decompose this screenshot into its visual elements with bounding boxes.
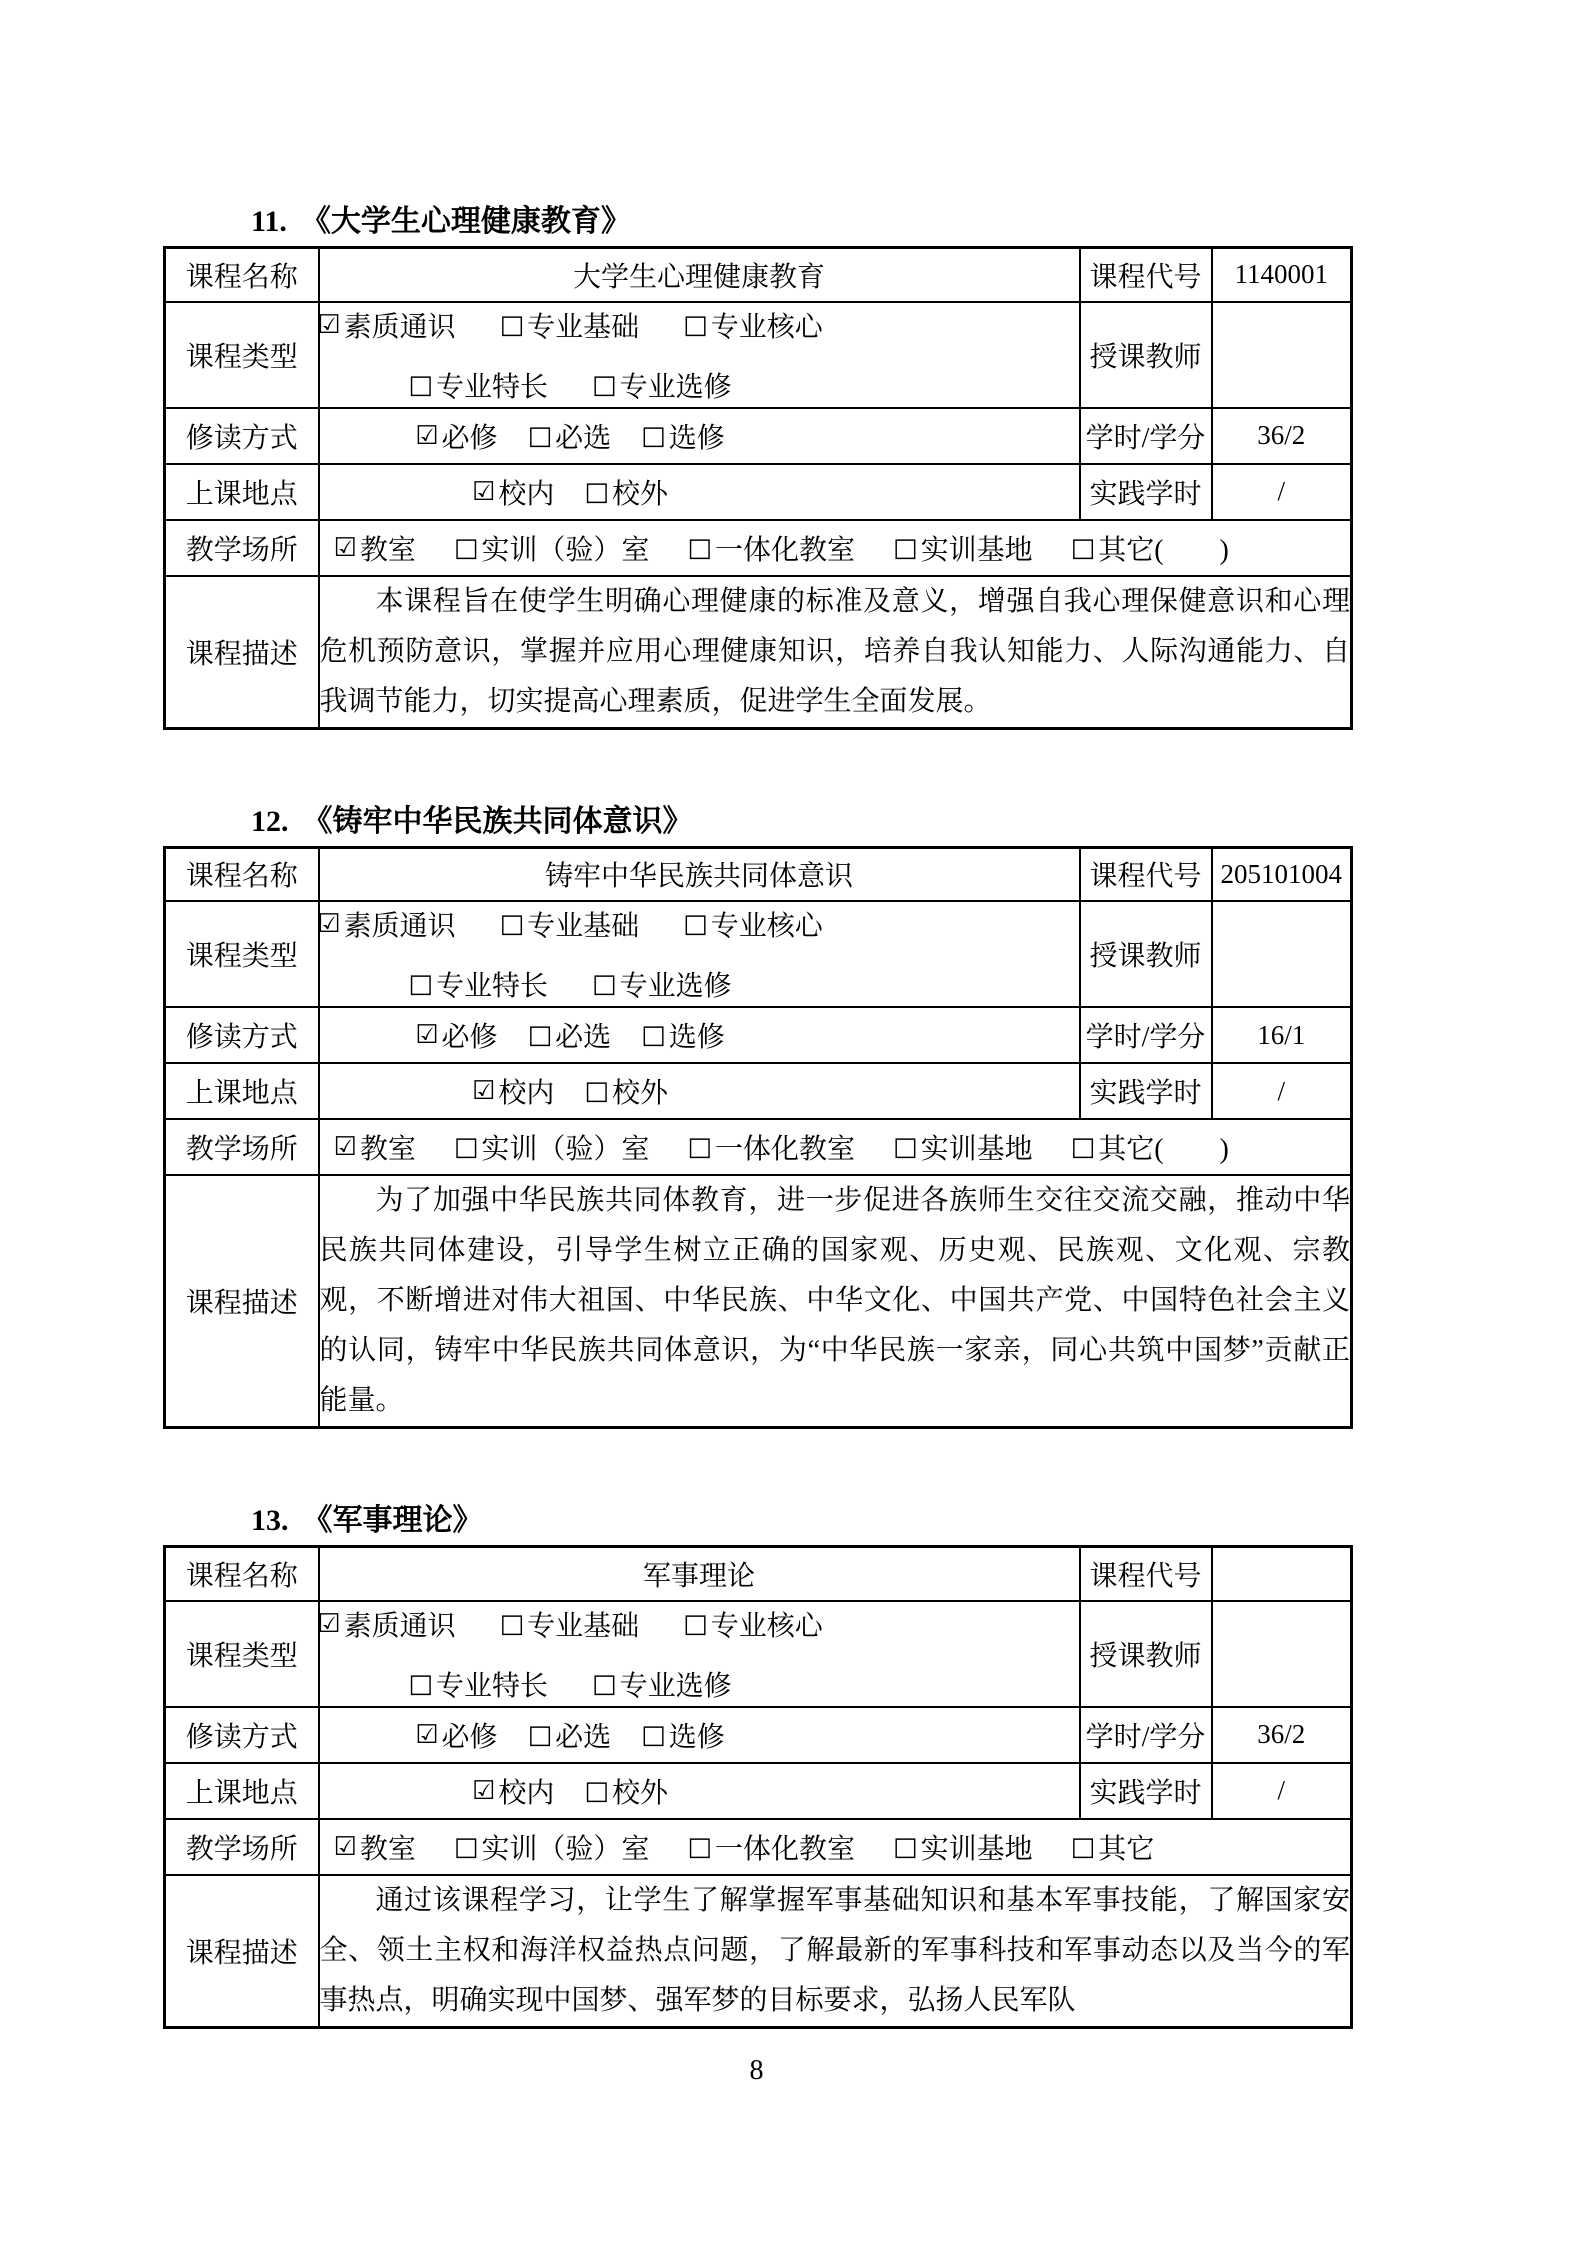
- course-description-text: 通过该课程学习，让学生了解掌握军事基础知识和基本军事技能，了解国家安全、领土主权…: [319, 1875, 1352, 2028]
- table-row-teaching-venue: 教学场所 ☑教室□实训（验）室□一体化教室□实训基地□其它( ): [165, 1119, 1352, 1175]
- checkbox-option: □必选: [528, 416, 612, 456]
- table-row-class-location: 上课地点 ☑校内□校外 实践学时 /: [165, 1063, 1352, 1119]
- course-table: 课程名称 军事理论 课程代号 课程类型 ☑素质通识□专业基础□专业核心 □专业特…: [163, 1545, 1353, 2029]
- checkbox-group: ☑校内□校外: [320, 1771, 1079, 1811]
- checkbox-unchecked-icon: □: [683, 1611, 708, 1637]
- checkbox-unchecked-icon: □: [454, 1834, 479, 1860]
- course-section: 12.《铸牢中华民族共同体意识》 课程名称 铸牢中华民族共同体意识 课程代号 2…: [163, 802, 1587, 1430]
- checkbox-unchecked-icon: □: [500, 312, 525, 338]
- checkbox-option: □专业基础: [500, 305, 640, 345]
- checkbox-option: □必选: [528, 1715, 612, 1755]
- course-code-value: 205101004: [1212, 847, 1352, 901]
- checkbox-unchecked-icon: □: [592, 372, 617, 398]
- checkbox-option: ☑素质通识: [317, 1604, 455, 1644]
- checkbox-option: □其它( ): [1071, 528, 1229, 568]
- checkbox-group: ☑校内□校外: [320, 472, 1079, 512]
- checkbox-checked-icon: ☑: [415, 1722, 438, 1748]
- section-title: 12.《铸牢中华民族共同体意识》: [251, 802, 1587, 842]
- checkbox-option: □实训（验）室: [454, 1127, 650, 1167]
- checkbox-group: □专业特长□专业选修: [320, 365, 821, 405]
- checkbox-unchecked-icon: □: [408, 1671, 433, 1697]
- checkbox-option-label: 其它: [1098, 1827, 1154, 1867]
- course-name-value: 军事理论: [319, 1547, 1080, 1601]
- checkbox-option-label: 专业核心: [711, 305, 823, 345]
- checkbox-option-label: 专业基础: [527, 305, 639, 345]
- course-section: 11.《大学生心理健康教育》 课程名称 大学生心理健康教育 课程代号 11400…: [163, 202, 1587, 730]
- course-type-options: ☑素质通识□专业基础□专业核心 □专业特长□专业选修: [320, 305, 1079, 405]
- checkbox-group: □专业特长□专业选修: [320, 964, 821, 1004]
- course-table: 课程名称 铸牢中华民族共同体意识 课程代号 205101004 课程类型 ☑素质…: [163, 846, 1353, 1430]
- checkbox-checked-icon: ☑: [472, 1778, 495, 1804]
- course-name-label: 课程名称: [165, 847, 319, 901]
- checkbox-checked-icon: ☑: [334, 1134, 357, 1160]
- checkbox-option: □专业选修: [592, 964, 732, 1004]
- hours-credits-value: 36/2: [1212, 408, 1352, 464]
- checkbox-option: □实训基地: [893, 528, 1033, 568]
- checkbox-option: □一体化教室: [687, 528, 855, 568]
- checkbox-option: □必选: [528, 1015, 612, 1055]
- practice-hours-label: 实践学时: [1080, 464, 1212, 520]
- course-name-label: 课程名称: [165, 1547, 319, 1601]
- checkbox-option: □专业选修: [592, 1664, 732, 1704]
- checkbox-option-label: 素质通识: [344, 904, 456, 944]
- teacher-value: [1212, 901, 1352, 1007]
- teaching-venue-options-cell: ☑教室□实训（验）室□一体化教室□实训基地□其它: [319, 1819, 1352, 1875]
- practice-hours-label: 实践学时: [1080, 1763, 1212, 1819]
- checkbox-option-label: 实训（验）室: [481, 1127, 649, 1167]
- checkbox-group: ☑教室□实训（验）室□一体化教室□实训基地□其它( ): [320, 1127, 1351, 1167]
- checkbox-option-label: 素质通识: [344, 1604, 456, 1644]
- teacher-label: 授课教师: [1080, 302, 1212, 408]
- checkbox-unchecked-icon: □: [687, 1834, 712, 1860]
- checkbox-checked-icon: ☑: [334, 535, 357, 561]
- checkbox-option-label: 教室: [360, 1827, 416, 1867]
- checkbox-option-label: 其它( ): [1098, 528, 1229, 568]
- checkbox-option: □实训基地: [893, 1127, 1033, 1167]
- checkbox-option: □专业特长: [408, 1664, 548, 1704]
- teaching-venue-options-cell: ☑教室□实训（验）室□一体化教室□实训基地□其它( ): [319, 520, 1352, 576]
- checkbox-group: ☑教室□实训（验）室□一体化教室□实训基地□其它: [320, 1827, 1351, 1867]
- checkbox-option: □专业选修: [592, 365, 732, 405]
- section-number: 13.: [251, 1504, 289, 1537]
- checkbox-unchecked-icon: □: [683, 911, 708, 937]
- page-number: 8: [163, 2055, 1350, 2087]
- course-type-options-cell: ☑素质通识□专业基础□专业核心 □专业特长□专业选修: [319, 1601, 1080, 1707]
- checkbox-option: □校外: [584, 472, 668, 512]
- checkbox-option: □专业核心: [683, 904, 823, 944]
- checkbox-option-label: 必修: [442, 1015, 498, 1055]
- checkbox-unchecked-icon: □: [454, 1134, 479, 1160]
- checkbox-group: ☑素质通识□专业基础□专业核心: [320, 904, 821, 944]
- checkbox-option: ☑必修: [415, 1715, 497, 1755]
- course-name-label: 课程名称: [165, 248, 319, 302]
- checkbox-checked-icon: ☑: [334, 1834, 357, 1860]
- checkbox-option: ☑素质通识: [317, 904, 455, 944]
- checkbox-option: ☑教室: [334, 528, 416, 568]
- practice-hours-value: /: [1212, 1063, 1352, 1119]
- checkbox-option-label: 选修: [669, 1015, 725, 1055]
- course-code-label: 课程代号: [1080, 248, 1212, 302]
- table-row-class-location: 上课地点 ☑校内□校外 实践学时 /: [165, 1763, 1352, 1819]
- checkbox-unchecked-icon: □: [592, 971, 617, 997]
- checkbox-unchecked-icon: □: [454, 535, 479, 561]
- checkbox-option: □专业基础: [500, 904, 640, 944]
- checkbox-unchecked-icon: □: [408, 971, 433, 997]
- table-row-course-type: 课程类型 ☑素质通识□专业基础□专业核心 □专业特长□专业选修 授课教师: [165, 901, 1352, 1007]
- section-title: 11.《大学生心理健康教育》: [251, 202, 1587, 242]
- class-location-options-cell: ☑校内□校外: [319, 1763, 1080, 1819]
- practice-hours-value: /: [1212, 1763, 1352, 1819]
- checkbox-checked-icon: ☑: [317, 1611, 340, 1637]
- checkbox-checked-icon: ☑: [472, 1078, 495, 1104]
- checkbox-option: ☑校内: [472, 472, 554, 512]
- section-title: 13.《军事理论》: [251, 1501, 1587, 1541]
- checkbox-option: □选修: [641, 1015, 725, 1055]
- table-row-teaching-venue: 教学场所 ☑教室□实训（验）室□一体化教室□实训基地□其它: [165, 1819, 1352, 1875]
- checkbox-option-label: 专业核心: [711, 904, 823, 944]
- checkbox-option-label: 实训基地: [921, 1827, 1033, 1867]
- section-course-title: 《大学生心理健康教育》: [301, 205, 631, 238]
- course-code-label: 课程代号: [1080, 1547, 1212, 1601]
- checkbox-unchecked-icon: □: [408, 372, 433, 398]
- checkbox-option-label: 校内: [498, 472, 554, 512]
- table-row-course-name: 课程名称 军事理论 课程代号: [165, 1547, 1352, 1601]
- checkbox-option: ☑教室: [334, 1827, 416, 1867]
- section-number: 12.: [251, 805, 289, 838]
- course-section: 13.《军事理论》 课程名称 军事理论 课程代号 课程类型 ☑素质通识□专业基础…: [163, 1501, 1587, 2029]
- course-code-value: [1212, 1547, 1352, 1601]
- checkbox-unchecked-icon: □: [592, 1671, 617, 1697]
- course-name-value: 大学生心理健康教育: [319, 248, 1080, 302]
- checkbox-unchecked-icon: □: [528, 423, 553, 449]
- course-code-value: 1140001: [1212, 248, 1352, 302]
- checkbox-group: ☑教室□实训（验）室□一体化教室□实训基地□其它( ): [320, 528, 1351, 568]
- hours-credits-value: 16/1: [1212, 1007, 1352, 1063]
- table-row-study-mode: 修读方式 ☑必修□必选□选修 学时/学分 16/1: [165, 1007, 1352, 1063]
- checkbox-option-label: 素质通识: [344, 305, 456, 345]
- checkbox-option-label: 专业基础: [527, 904, 639, 944]
- study-mode-options-cell: ☑必修□必选□选修: [319, 1707, 1080, 1763]
- checkbox-option-label: 专业特长: [436, 365, 548, 405]
- checkbox-unchecked-icon: □: [584, 479, 609, 505]
- checkbox-option-label: 实训基地: [921, 528, 1033, 568]
- checkbox-option: ☑必修: [415, 1015, 497, 1055]
- table-row-course-type: 课程类型 ☑素质通识□专业基础□专业核心 □专业特长□专业选修 授课教师: [165, 1601, 1352, 1707]
- course-type-options: ☑素质通识□专业基础□专业核心 □专业特长□专业选修: [320, 904, 1079, 1004]
- checkbox-option-label: 专业特长: [436, 964, 548, 1004]
- checkbox-option: □选修: [641, 1715, 725, 1755]
- checkbox-unchecked-icon: □: [500, 1611, 525, 1637]
- checkbox-checked-icon: ☑: [317, 312, 340, 338]
- checkbox-option-label: 必选: [555, 1015, 611, 1055]
- hours-credits-label: 学时/学分: [1080, 408, 1212, 464]
- checkbox-option: □校外: [584, 1771, 668, 1811]
- checkbox-option-label: 专业基础: [527, 1604, 639, 1644]
- checkbox-unchecked-icon: □: [641, 1022, 666, 1048]
- teaching-venue-label: 教学场所: [165, 520, 319, 576]
- checkbox-option: □实训基地: [893, 1827, 1033, 1867]
- table-row-teaching-venue: 教学场所 ☑教室□实训（验）室□一体化教室□实训基地□其它( ): [165, 520, 1352, 576]
- checkbox-option-label: 一体化教室: [715, 528, 855, 568]
- course-type-options-cell: ☑素质通识□专业基础□专业核心 □专业特长□专业选修: [319, 901, 1080, 1007]
- checkbox-checked-icon: ☑: [317, 911, 340, 937]
- section-course-title: 《铸牢中华民族共同体意识》: [303, 805, 693, 838]
- checkbox-checked-icon: ☑: [415, 1022, 438, 1048]
- checkbox-unchecked-icon: □: [528, 1722, 553, 1748]
- checkbox-option-label: 实训基地: [921, 1127, 1033, 1167]
- checkbox-unchecked-icon: □: [584, 1778, 609, 1804]
- course-type-options: ☑素质通识□专业基础□专业核心 □专业特长□专业选修: [320, 1604, 1079, 1704]
- table-row-course-description: 课程描述 为了加强中华民族共同体教育，进一步促进各族师生交往交流交融，推动中华民…: [165, 1175, 1352, 1428]
- checkbox-unchecked-icon: □: [500, 911, 525, 937]
- table-row-course-description: 课程描述 本课程旨在使学生明确心理健康的标准及意义，增强自我心理保健意识和心理危…: [165, 576, 1352, 729]
- document-page: 11.《大学生心理健康教育》 课程名称 大学生心理健康教育 课程代号 11400…: [0, 0, 1587, 2245]
- checkbox-option: ☑素质通识: [317, 305, 455, 345]
- course-description-text: 为了加强中华民族共同体教育，进一步促进各族师生交往交流交融，推动中华民族共同体建…: [319, 1175, 1352, 1428]
- practice-hours-value: /: [1212, 464, 1352, 520]
- checkbox-option: □专业基础: [500, 1604, 640, 1644]
- study-mode-options-cell: ☑必修□必选□选修: [319, 408, 1080, 464]
- checkbox-unchecked-icon: □: [687, 535, 712, 561]
- checkbox-option-label: 一体化教室: [715, 1827, 855, 1867]
- checkbox-option: □专业核心: [683, 1604, 823, 1644]
- course-name-value: 铸牢中华民族共同体意识: [319, 847, 1080, 901]
- checkbox-unchecked-icon: □: [1071, 1834, 1096, 1860]
- teaching-venue-options-cell: ☑教室□实训（验）室□一体化教室□实训基地□其它( ): [319, 1119, 1352, 1175]
- checkbox-option: □校外: [584, 1071, 668, 1111]
- class-location-options-cell: ☑校内□校外: [319, 464, 1080, 520]
- checkbox-option-label: 一体化教室: [715, 1127, 855, 1167]
- study-mode-label: 修读方式: [165, 1707, 319, 1763]
- checkbox-unchecked-icon: □: [893, 1134, 918, 1160]
- checkbox-option-label: 其它( ): [1098, 1127, 1229, 1167]
- checkbox-option-label: 专业选修: [620, 365, 732, 405]
- course-type-options-cell: ☑素质通识□专业基础□专业核心 □专业特长□专业选修: [319, 302, 1080, 408]
- checkbox-group: ☑素质通识□专业基础□专业核心: [320, 305, 821, 345]
- checkbox-unchecked-icon: □: [893, 535, 918, 561]
- teacher-label: 授课教师: [1080, 901, 1212, 1007]
- checkbox-option: □选修: [641, 416, 725, 456]
- checkbox-option-label: 必选: [555, 416, 611, 456]
- checkbox-option: □其它( ): [1071, 1127, 1229, 1167]
- course-description-label: 课程描述: [165, 576, 319, 729]
- checkbox-option: ☑必修: [415, 416, 497, 456]
- checkbox-option-label: 校外: [612, 1771, 668, 1811]
- class-location-label: 上课地点: [165, 1063, 319, 1119]
- checkbox-option: □一体化教室: [687, 1127, 855, 1167]
- checkbox-option-label: 专业特长: [436, 1664, 548, 1704]
- table-row-course-name: 课程名称 大学生心理健康教育 课程代号 1140001: [165, 248, 1352, 302]
- checkbox-unchecked-icon: □: [893, 1834, 918, 1860]
- course-description-label: 课程描述: [165, 1175, 319, 1428]
- study-mode-label: 修读方式: [165, 408, 319, 464]
- table-row-study-mode: 修读方式 ☑必修□必选□选修 学时/学分 36/2: [165, 408, 1352, 464]
- hours-credits-value: 36/2: [1212, 1707, 1352, 1763]
- checkbox-unchecked-icon: □: [641, 1722, 666, 1748]
- checkbox-group: ☑必修□必选□选修: [320, 416, 1079, 456]
- checkbox-option-label: 专业选修: [620, 1664, 732, 1704]
- course-type-label: 课程类型: [165, 1601, 319, 1707]
- checkbox-option-label: 教室: [360, 1127, 416, 1167]
- checkbox-option-label: 校内: [498, 1771, 554, 1811]
- checkbox-option-label: 实训（验）室: [481, 528, 649, 568]
- course-description-label: 课程描述: [165, 1875, 319, 2028]
- table-row-course-type: 课程类型 ☑素质通识□专业基础□专业核心 □专业特长□专业选修 授课教师: [165, 302, 1352, 408]
- class-location-options-cell: ☑校内□校外: [319, 1063, 1080, 1119]
- checkbox-option: □其它: [1071, 1827, 1155, 1867]
- class-location-label: 上课地点: [165, 1763, 319, 1819]
- checkbox-option: ☑教室: [334, 1127, 416, 1167]
- hours-credits-label: 学时/学分: [1080, 1007, 1212, 1063]
- checkbox-option-label: 实训（验）室: [481, 1827, 649, 1867]
- checkbox-option-label: 必修: [442, 416, 498, 456]
- checkbox-unchecked-icon: □: [641, 423, 666, 449]
- checkbox-group: □专业特长□专业选修: [320, 1664, 821, 1704]
- course-type-label: 课程类型: [165, 901, 319, 1007]
- checkbox-option-label: 专业选修: [620, 964, 732, 1004]
- checkbox-option-label: 选修: [669, 416, 725, 456]
- table-row-course-description: 课程描述 通过该课程学习，让学生了解掌握军事基础知识和基本军事技能，了解国家安全…: [165, 1875, 1352, 2028]
- study-mode-label: 修读方式: [165, 1007, 319, 1063]
- checkbox-option: □专业特长: [408, 964, 548, 1004]
- section-number: 11.: [251, 205, 287, 238]
- table-row-study-mode: 修读方式 ☑必修□必选□选修 学时/学分 36/2: [165, 1707, 1352, 1763]
- checkbox-option-label: 专业核心: [711, 1604, 823, 1644]
- teaching-venue-label: 教学场所: [165, 1819, 319, 1875]
- checkbox-option-label: 选修: [669, 1715, 725, 1755]
- checkbox-group: ☑必修□必选□选修: [320, 1015, 1079, 1055]
- checkbox-option: ☑校内: [472, 1071, 554, 1111]
- checkbox-unchecked-icon: □: [1071, 1134, 1096, 1160]
- study-mode-options-cell: ☑必修□必选□选修: [319, 1007, 1080, 1063]
- checkbox-checked-icon: ☑: [415, 423, 438, 449]
- checkbox-option-label: 校外: [612, 472, 668, 512]
- table-row-course-name: 课程名称 铸牢中华民族共同体意识 课程代号 205101004: [165, 847, 1352, 901]
- checkbox-unchecked-icon: □: [584, 1078, 609, 1104]
- checkbox-option: ☑校内: [472, 1771, 554, 1811]
- checkbox-option: □专业特长: [408, 365, 548, 405]
- checkbox-group: ☑校内□校外: [320, 1071, 1079, 1111]
- course-tables-container: 11.《大学生心理健康教育》 课程名称 大学生心理健康教育 课程代号 11400…: [163, 202, 1587, 2029]
- course-table: 课程名称 大学生心理健康教育 课程代号 1140001 课程类型 ☑素质通识□专…: [163, 246, 1353, 730]
- table-row-class-location: 上课地点 ☑校内□校外 实践学时 /: [165, 464, 1352, 520]
- course-type-label: 课程类型: [165, 302, 319, 408]
- checkbox-option-label: 必选: [555, 1715, 611, 1755]
- checkbox-group: ☑必修□必选□选修: [320, 1715, 1079, 1755]
- checkbox-option-label: 校外: [612, 1071, 668, 1111]
- checkbox-group: ☑素质通识□专业基础□专业核心: [320, 1604, 821, 1644]
- checkbox-unchecked-icon: □: [683, 312, 708, 338]
- checkbox-unchecked-icon: □: [528, 1022, 553, 1048]
- teacher-value: [1212, 302, 1352, 408]
- checkbox-option: □实训（验）室: [454, 1827, 650, 1867]
- course-description-text: 本课程旨在使学生明确心理健康的标准及意义，增强自我心理保健意识和心理危机预防意识…: [319, 576, 1352, 729]
- checkbox-option-label: 教室: [360, 528, 416, 568]
- checkbox-unchecked-icon: □: [687, 1134, 712, 1160]
- teacher-label: 授课教师: [1080, 1601, 1212, 1707]
- teacher-value: [1212, 1601, 1352, 1707]
- section-course-title: 《军事理论》: [303, 1504, 483, 1537]
- checkbox-checked-icon: ☑: [472, 479, 495, 505]
- hours-credits-label: 学时/学分: [1080, 1707, 1212, 1763]
- checkbox-option: □一体化教室: [687, 1827, 855, 1867]
- checkbox-option: □实训（验）室: [454, 528, 650, 568]
- practice-hours-label: 实践学时: [1080, 1063, 1212, 1119]
- checkbox-option-label: 必修: [442, 1715, 498, 1755]
- course-code-label: 课程代号: [1080, 847, 1212, 901]
- checkbox-unchecked-icon: □: [1071, 535, 1096, 561]
- checkbox-option-label: 校内: [498, 1071, 554, 1111]
- checkbox-option: □专业核心: [683, 305, 823, 345]
- teaching-venue-label: 教学场所: [165, 1119, 319, 1175]
- class-location-label: 上课地点: [165, 464, 319, 520]
